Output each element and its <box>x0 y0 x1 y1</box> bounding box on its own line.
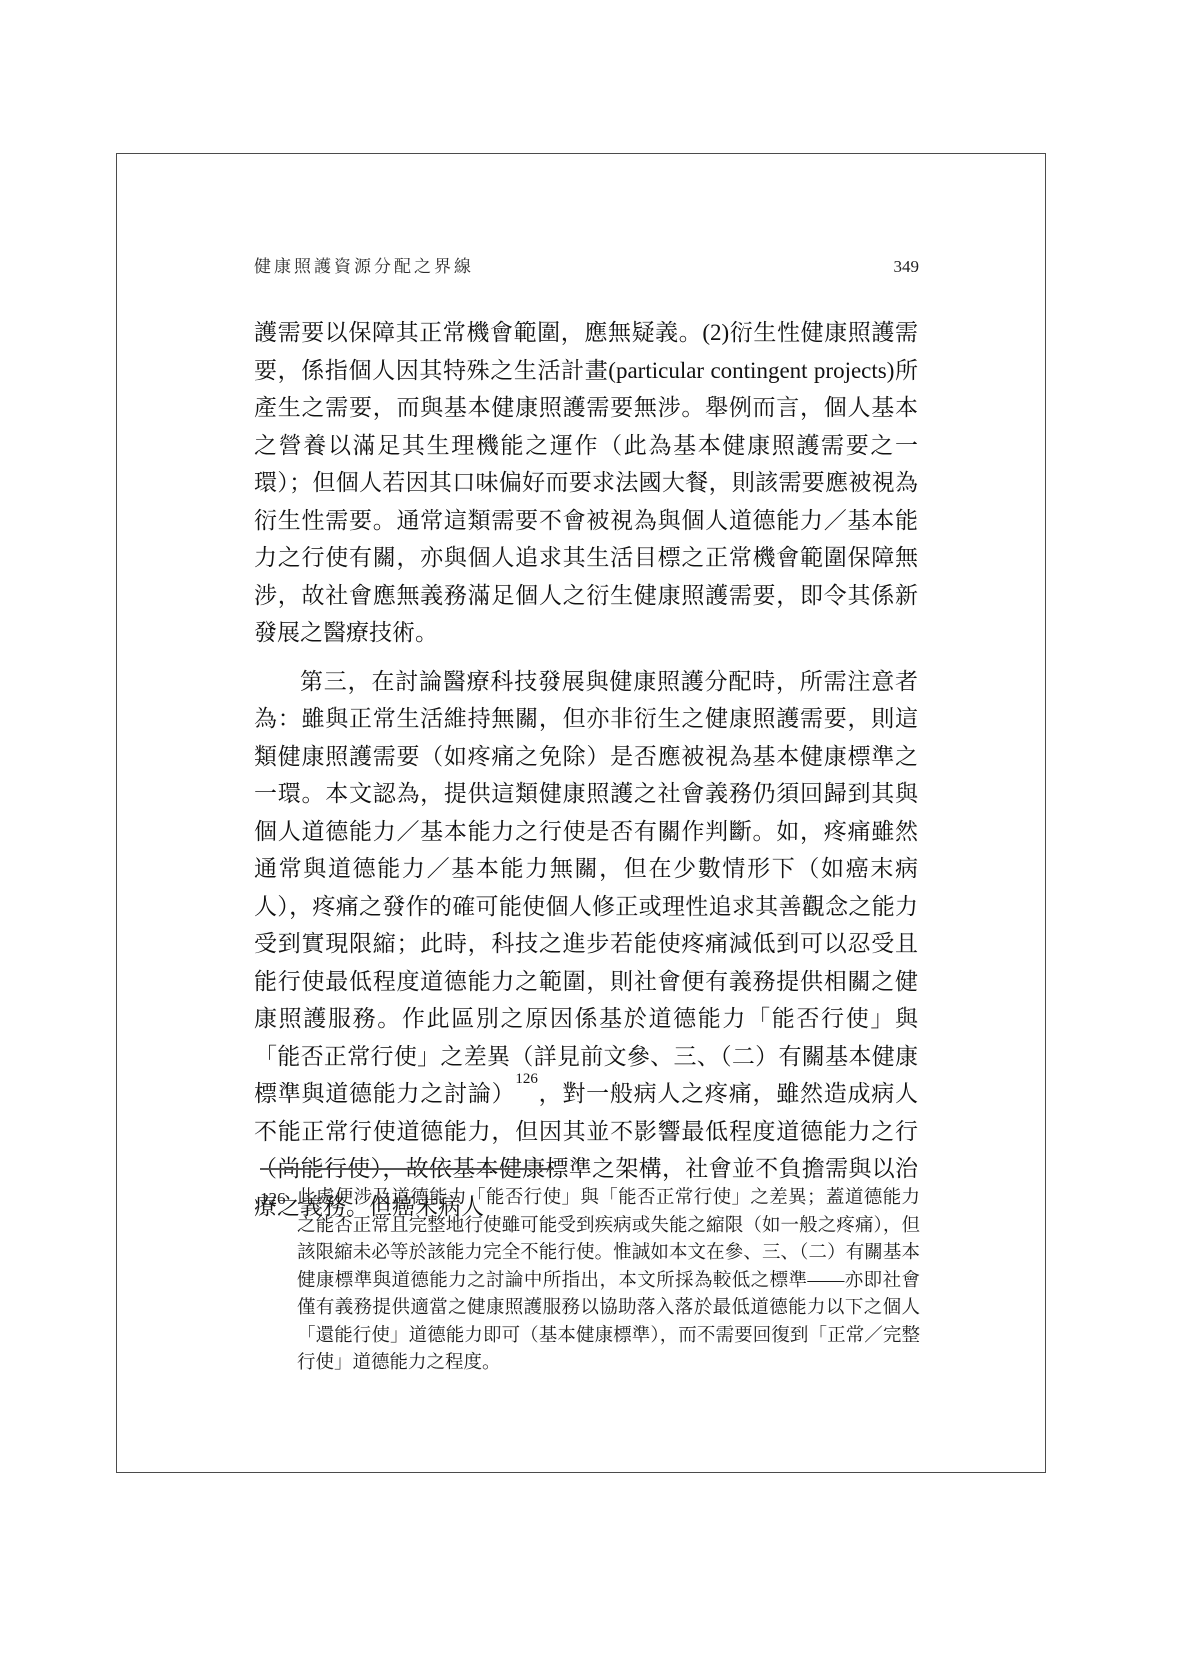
running-header: 健康照護資源分配之界線 349 <box>254 252 919 277</box>
paragraph-continuation-text: 護需要以保障其正常機會範圍，應無疑義。(2)衍生性健康照護需要，係指個人因其特殊… <box>254 320 918 645</box>
footnote-block: 126此處便涉及道德能力「能否行使」與「能否正常行使」之差異；蓋道德能力之能否正… <box>260 1168 920 1378</box>
footnote-marker: 126 <box>260 1185 286 1213</box>
page-frame: 健康照護資源分配之界線 349 護需要以保障其正常機會範圍，應無疑義。(2)衍生… <box>116 153 1046 1473</box>
footnote-126: 126此處便涉及道德能力「能否行使」與「能否正常行使」之差異；蓋道德能力之能否正… <box>260 1185 920 1378</box>
page-number: 349 <box>894 257 920 277</box>
header-title: 健康照護資源分配之界線 <box>254 252 474 277</box>
paragraph-third-point-text-before-ref: 第三，在討論醫療科技發展與健康照護分配時，所需注意者為：雖與正常生活維持無關，但… <box>254 669 918 1107</box>
paragraph-continuation: 護需要以保障其正常機會範圍，應無疑義。(2)衍生性健康照護需要，係指個人因其特殊… <box>254 314 918 652</box>
body-text: 護需要以保障其正常機會範圍，應無疑義。(2)衍生性健康照護需要，係指個人因其特殊… <box>254 314 918 1225</box>
scanned-document-page: { "page": { "header": { "title": "健康照護資源… <box>0 0 1177 1664</box>
paragraph-third-point: 第三，在討論醫療科技發展與健康照護分配時，所需注意者為：雖與正常生活維持無關，但… <box>254 663 918 1226</box>
footnote-separator <box>260 1168 552 1170</box>
footnote-text: 此處便涉及道德能力「能否行使」與「能否正常行使」之差異；蓋道德能力之能否正常且完… <box>297 1188 920 1373</box>
footnote-ref-126: 126 <box>515 1071 538 1087</box>
